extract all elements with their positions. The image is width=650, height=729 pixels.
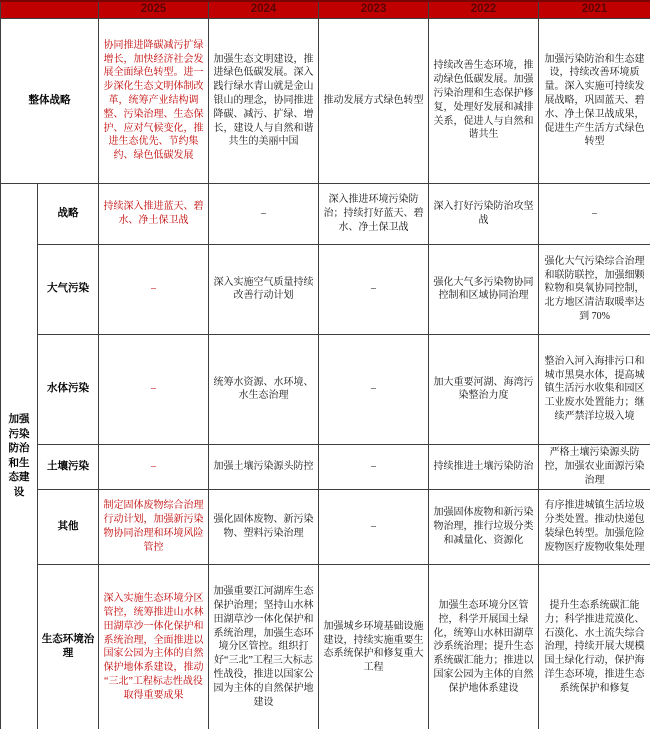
- cell-eco-environment-2021: 提升生态系统碳汇能力；科学推进荒漠化、石漠化、水土流失综合治理，持续开展大规模国…: [539, 564, 650, 729]
- cell-air-pollution-2025: –: [99, 244, 209, 334]
- year-header-2023: 2023: [319, 1, 429, 18]
- year-header-2022: 2022: [429, 1, 539, 18]
- year-header-2024: 2024: [209, 1, 319, 18]
- table-row-water-pollution: 水体污染 – 统筹水资源、水环境、水生态治理 – 加大重要河湖、海湾污染整治力度…: [1, 334, 650, 444]
- row-label-overall-strategy: 整体战略: [1, 18, 99, 183]
- cell-other-2022: 加强固体废物和新污染物治理，推行垃圾分类和减量化、资源化: [429, 489, 539, 564]
- cell-soil-pollution-2024: 加强土壤污染源头防控: [209, 444, 319, 489]
- cell-soil-pollution-2022: 持续推进土壤污染防治: [429, 444, 539, 489]
- cell-strategy-2024: –: [209, 183, 319, 244]
- row-label-strategy: 战略: [38, 183, 99, 244]
- cell-overall-strategy-2021: 加强污染防治和生态建设，持续改善环境质量。深入实施可持续发展战略，巩固蓝天、碧水…: [539, 18, 650, 183]
- cell-strategy-2022: 深入打好污染防治攻坚战: [429, 183, 539, 244]
- year-header-row: 2025 2024 2023 2022 2021: [1, 1, 650, 18]
- policy-comparison-table: 2025 2024 2023 2022 2021 整体战略 协同推进降碳减污扩绿…: [0, 0, 650, 729]
- row-label-soil-pollution: 土壤污染: [38, 444, 99, 489]
- cell-air-pollution-2023: –: [319, 244, 429, 334]
- cell-overall-strategy-2023: 推动发展方式绿色转型: [319, 18, 429, 183]
- row-label-water-pollution: 水体污染: [38, 334, 99, 444]
- row-label-air-pollution: 大气污染: [38, 244, 99, 334]
- row-label-other: 其他: [38, 489, 99, 564]
- table-row-eco-environment: 生态环境治理 深入实施生态环境分区管控，统筹推进山水林田湖草沙一体化保护和系统治…: [1, 564, 650, 729]
- cell-eco-environment-2025: 深入实施生态环境分区管控，统筹推进山水林田湖草沙一体化保护和系统治理，全面推进以…: [99, 564, 209, 729]
- cell-other-2024: 强化固体废物、新污染物、塑料污染治理: [209, 489, 319, 564]
- group-label-pollution-ecology: 加强污染防治和生态建设: [1, 183, 38, 729]
- table-row-air-pollution: 大气污染 – 深入实施空气质量持续改善行动计划 – 强化大气多污染物协同控制和区…: [1, 244, 650, 334]
- cell-strategy-2025: 持续深入推进蓝天、碧水、净土保卫战: [99, 183, 209, 244]
- header-corner-cell: [1, 1, 99, 18]
- cell-eco-environment-2023: 加强城乡环境基础设施建设，持续实施重要生态系统保护和修复重大工程: [319, 564, 429, 729]
- table-row-strategy: 加强污染防治和生态建设 战略 持续深入推进蓝天、碧水、净土保卫战 – 深入推进环…: [1, 183, 650, 244]
- cell-air-pollution-2024: 深入实施空气质量持续改善行动计划: [209, 244, 319, 334]
- cell-overall-strategy-2024: 加强生态文明建设，推进绿色低碳发展。深入践行绿水青山就是金山银山的理念，协同推进…: [209, 18, 319, 183]
- table-row-soil-pollution: 土壤污染 – 加强土壤污染源头防控 – 持续推进土壤污染防治 严格土壤污染源头防…: [1, 444, 650, 489]
- cell-water-pollution-2022: 加大重要河湖、海湾污染整治力度: [429, 334, 539, 444]
- cell-air-pollution-2022: 强化大气多污染物协同控制和区域协同治理: [429, 244, 539, 334]
- cell-other-2021: 有序推进城镇生活垃圾分类处置。推动快递包装绿色转型。加强危险废物医疗废物收集处理: [539, 489, 650, 564]
- cell-overall-strategy-2025: 协同推进降碳减污扩绿增长，加快经济社会发展全面绿色转型。进一步深化生态文明体制改…: [99, 18, 209, 183]
- cell-eco-environment-2022: 加强生态环境分区管控，科学开展国土绿化，统筹山水林田湖草沙系统治理；提升生态系统…: [429, 564, 539, 729]
- cell-water-pollution-2024: 统筹水资源、水环境、水生态治理: [209, 334, 319, 444]
- cell-air-pollution-2021: 强化大气污染综合治理和联防联控，加强细颗粒物和臭氧协同控制，北方地区清洁取暖率达…: [539, 244, 650, 334]
- year-header-2021: 2021: [539, 1, 650, 18]
- cell-strategy-2021: –: [539, 183, 650, 244]
- row-label-eco-environment: 生态环境治理: [38, 564, 99, 729]
- cell-other-2023: –: [319, 489, 429, 564]
- cell-soil-pollution-2021: 严格土壤污染源头防控，加强农业面源污染治理: [539, 444, 650, 489]
- cell-soil-pollution-2023: –: [319, 444, 429, 489]
- cell-strategy-2023: 深入推进环境污染防治；持续打好蓝天、碧水、净土保卫战: [319, 183, 429, 244]
- cell-overall-strategy-2022: 持续改善生态环境，推动绿色低碳发展。加强污染治理和生态保护修复，处理好发展和减排…: [429, 18, 539, 183]
- cell-other-2025: 制定固体废物综合治理行动计划，加强新污染物协同治理和环境风险管控: [99, 489, 209, 564]
- table-row-other: 其他 制定固体废物综合治理行动计划，加强新污染物协同治理和环境风险管控 强化固体…: [1, 489, 650, 564]
- cell-water-pollution-2021: 整治入河入海排污口和城市黑臭水体，提高城镇生活污水收集和园区工业废水处置能力；继…: [539, 334, 650, 444]
- cell-water-pollution-2025: –: [99, 334, 209, 444]
- cell-eco-environment-2024: 加强重要江河湖库生态保护治理；坚持山水林田湖草沙一体化保护和系统治理，加强生态环…: [209, 564, 319, 729]
- cell-soil-pollution-2025: –: [99, 444, 209, 489]
- table-row-overall-strategy: 整体战略 协同推进降碳减污扩绿增长，加快经济社会发展全面绿色转型。进一步深化生态…: [1, 18, 650, 183]
- cell-water-pollution-2023: –: [319, 334, 429, 444]
- year-header-2025: 2025: [99, 1, 209, 18]
